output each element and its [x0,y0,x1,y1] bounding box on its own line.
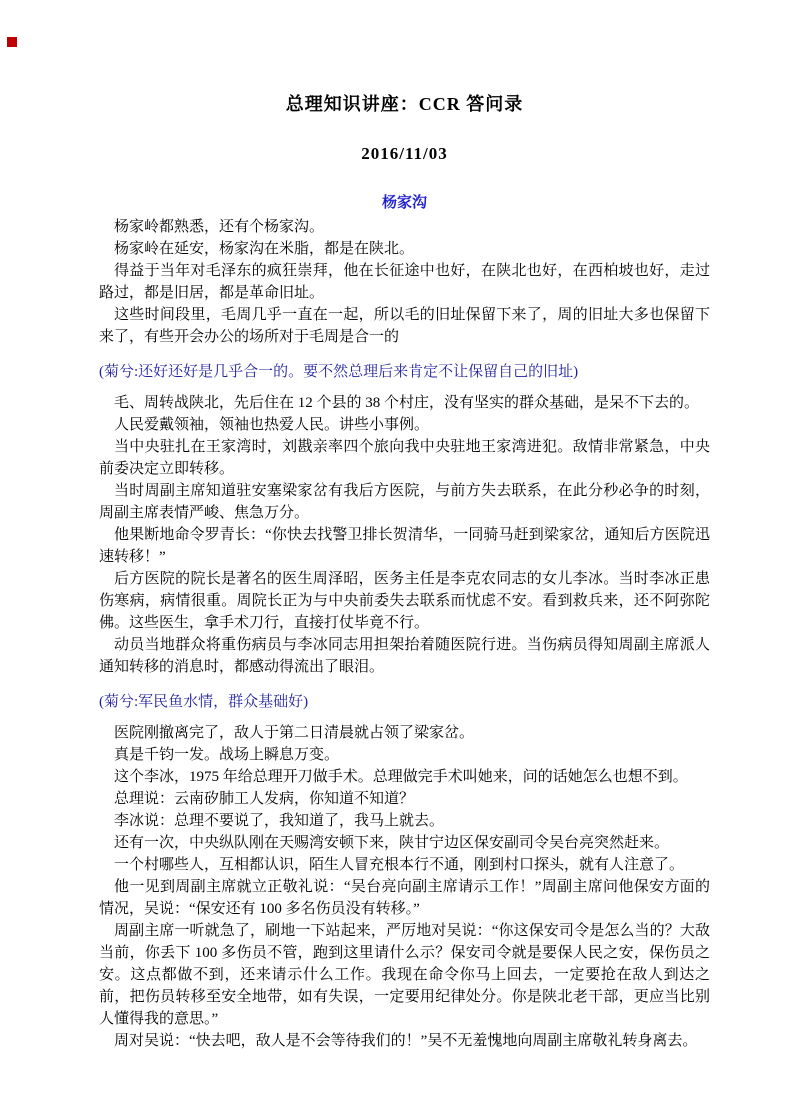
red-marker [7,37,17,47]
annotation-note: (菊兮:还好还好是几乎合一的。要不然总理后来肯定不让保留自己的旧址) [99,362,710,382]
paragraph: 毛、周转战陕北，先后住在 12 个县的 38 个村庄，没有坚实的群众基础，是呆不… [99,392,710,414]
paragraph: 当中央驻扎在王家湾时，刘戡亲率四个旅向我中央驻地王家湾进犯。敌情非常紧急，中央前… [99,436,710,480]
paragraph-group-3: 医院刚撤离完了，敌人于第二日清晨就占领了梁家岔。 真是千钧一发。战场上瞬息万变。… [99,722,710,1052]
paragraph: 杨家岭都熟悉，还有个杨家沟。 [99,216,710,238]
paragraph-group-1: 杨家岭都熟悉，还有个杨家沟。 杨家岭在延安，杨家沟在米脂，都是在陕北。 得益于当… [99,216,710,348]
paragraph: 周对吴说：“快去吧，敌人是不会等待我们的！”吴不无羞愧地向周副主席敬礼转身离去。 [99,1030,710,1052]
paragraph: 这个李冰，1975 年给总理开刀做手术。总理做完手术叫她来，问的话她怎么也想不到… [99,766,710,788]
paragraph: 真是千钧一发。战场上瞬息万变。 [99,744,710,766]
paragraph: 得益于当年对毛泽东的疯狂崇拜，他在长征途中也好，在陕北也好，在西柏坡也好，走过路… [99,260,710,304]
section-heading: 杨家沟 [99,194,710,212]
paragraph: 还有一次，中央纵队刚在天赐湾安顿下来，陕甘宁边区保安副司令吴台亮突然赶来。 [99,832,710,854]
paragraph: 他一见到周副主席就立正敬礼说：“吴台亮向副主席请示工作！”周副主席问他保安方面的… [99,876,710,920]
paragraph-group-2: 毛、周转战陕北，先后住在 12 个县的 38 个村庄，没有坚实的群众基础，是呆不… [99,392,710,678]
document-date: 2016/11/03 [99,144,710,164]
paragraph: 人民爱戴领袖，领袖也热爱人民。讲些小事例。 [99,414,710,436]
paragraph: 李冰说：总理不要说了，我知道了，我马上就去。 [99,810,710,832]
document-page: 总理知识讲座：CCR 答问录 2016/11/03 杨家沟 杨家岭都熟悉，还有个… [0,0,800,1100]
paragraph: 他果断地命令罗青长：“你快去找警卫排长贺清华，一同骑马赶到梁家岔，通知后方医院迅… [99,524,710,568]
document-title: 总理知识讲座：CCR 答问录 [99,93,710,115]
paragraph: 医院刚撤离完了，敌人于第二日清晨就占领了梁家岔。 [99,722,710,744]
paragraph: 当时周副主席知道驻安塞梁家岔有我后方医院，与前方失去联系，在此分秒必争的时刻，周… [99,480,710,524]
paragraph: 这些时间段里，毛周几乎一直在一起，所以毛的旧址保留下来了，周的旧址大多也保留下来… [99,304,710,348]
paragraph: 周副主席一听就急了，刷地一下站起来，严厉地对吴说：“你这保安司令是怎么当的？大敌… [99,920,710,1030]
paragraph: 杨家岭在延安，杨家沟在米脂，都是在陕北。 [99,238,710,260]
paragraph: 后方医院的院长是著名的医生周泽昭，医务主任是李克农同志的女儿李冰。当时李冰正患伤… [99,568,710,634]
paragraph: 动员当地群众将重伤病员与李冰同志用担架抬着随医院行进。当伤病员得知周副主席派人通… [99,634,710,678]
paragraph: 一个村哪些人，互相都认识，陌生人冒充根本行不通，刚到村口探头，就有人注意了。 [99,854,710,876]
document-content: 总理知识讲座：CCR 答问录 2016/11/03 杨家沟 杨家岭都熟悉，还有个… [0,0,800,1052]
annotation-note: (菊兮:军民鱼水情，群众基础好) [99,692,710,712]
paragraph: 总理说：云南矽肺工人发病，你知道不知道？ [99,788,710,810]
